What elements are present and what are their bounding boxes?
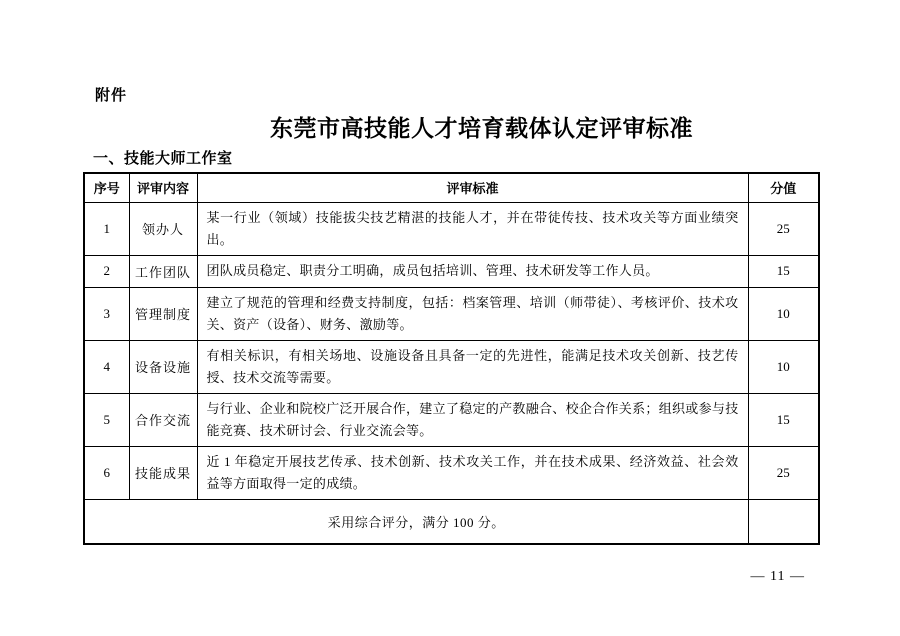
row-number-cell: 4 [84, 340, 129, 393]
page-title: 东莞市高技能人才培育载体认定评审标准 [83, 110, 818, 143]
table-row: 3 管理制度 建立了规范的管理和经费支持制度，包括：档案管理、培训（师带徒）、考… [84, 287, 819, 340]
review-criteria-cell: 近 1 年稳定开展技艺传承、技术创新、技术攻关工作，并在技术成果、经济效益、社会… [197, 446, 748, 499]
review-criteria-cell: 团队成员稳定、职责分工明确，成员包括培训、管理、技术研发等工作人员。 [197, 255, 748, 287]
score-cell: 10 [748, 340, 819, 393]
review-content-cell: 设备设施 [129, 340, 197, 393]
row-number-cell: 5 [84, 393, 129, 446]
row-number-cell: 2 [84, 255, 129, 287]
score-cell: 15 [748, 255, 819, 287]
table-row: 5 合作交流 与行业、企业和院校广泛开展合作，建立了稳定的产教融合、校企合作关系… [84, 393, 819, 446]
review-criteria-cell: 与行业、企业和院校广泛开展合作，建立了稳定的产教融合、校企合作关系；组织或参与技… [197, 393, 748, 446]
review-content-cell: 合作交流 [129, 393, 197, 446]
table-header-row: 序号 评审内容 评审标准 分值 [84, 173, 819, 202]
table-row: 4 设备设施 有相关标识，有相关场地、设施设备且具备一定的先进性，能满足技术攻关… [84, 340, 819, 393]
score-cell: 10 [748, 287, 819, 340]
summary-row: 采用综合评分，满分 100 分。 [84, 499, 819, 544]
column-header-content: 评审内容 [129, 173, 197, 202]
column-header-criteria: 评审标准 [197, 173, 748, 202]
column-header-score: 分值 [748, 173, 819, 202]
table-row: 2 工作团队 团队成员稳定、职责分工明确，成员包括培训、管理、技术研发等工作人员… [84, 255, 819, 287]
review-content-cell: 管理制度 [129, 287, 197, 340]
score-cell: 25 [748, 446, 819, 499]
review-content-cell: 领办人 [129, 202, 197, 255]
document-page: 附件 东莞市高技能人才培育载体认定评审标准 一、技能大师工作室 序号 评审内容 … [0, 0, 900, 636]
summary-text: 采用综合评分，满分 100 分。 [84, 499, 748, 544]
score-cell: 15 [748, 393, 819, 446]
row-number-cell: 3 [84, 287, 129, 340]
review-criteria-cell: 有相关标识，有相关场地、设施设备且具备一定的先进性，能满足技术攻关创新、技艺传授… [197, 340, 748, 393]
row-number-cell: 1 [84, 202, 129, 255]
score-cell: 25 [748, 202, 819, 255]
review-content-cell: 技能成果 [129, 446, 197, 499]
section-heading: 一、技能大师工作室 [93, 147, 233, 168]
table-row: 6 技能成果 近 1 年稳定开展技艺传承、技术创新、技术攻关工作，并在技术成果、… [84, 446, 819, 499]
review-criteria-table: 序号 评审内容 评审标准 分值 1 领办人 某一行业（领域）技能拔尖技艺精湛的技… [83, 172, 820, 545]
attachment-label: 附件 [95, 84, 127, 105]
review-criteria-cell: 某一行业（领域）技能拔尖技艺精湛的技能人才，并在带徒传技、技术攻关等方面业绩突出… [197, 202, 748, 255]
review-content-cell: 工作团队 [129, 255, 197, 287]
review-criteria-cell: 建立了规范的管理和经费支持制度，包括：档案管理、培训（师带徒）、考核评价、技术攻… [197, 287, 748, 340]
summary-score-cell [748, 499, 819, 544]
table-row: 1 领办人 某一行业（领域）技能拔尖技艺精湛的技能人才，并在带徒传技、技术攻关等… [84, 202, 819, 255]
row-number-cell: 6 [84, 446, 129, 499]
page-number: — 11 — [751, 569, 805, 585]
column-header-no: 序号 [84, 173, 129, 202]
